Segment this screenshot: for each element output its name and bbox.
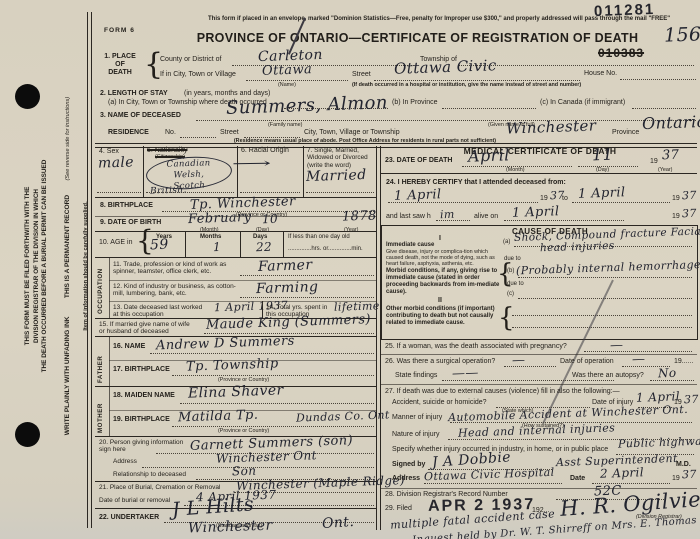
informant-relation-value: Son [232,464,257,479]
stay-b-line [442,107,536,109]
cell-divider [143,146,144,197]
house-no-label: House No. [584,70,617,78]
industry-value: Farming [256,279,319,297]
group-divider [109,336,110,386]
signed-date-value: 2 April [600,465,644,481]
death-date-year-prefix: 19 [650,158,658,166]
certify-label: 24. I HEREBY CERTIFY that I attended dec… [386,179,566,187]
racial-origin-label: 6. Racial Origin [241,147,289,155]
other-morbid-line1 [512,314,692,316]
death-date-day: 11 [592,145,614,165]
group-divider [109,257,110,318]
burial-date-label: Date of burial or removal [99,497,170,504]
father-birthplace-line [172,374,374,376]
document-title: PROVINCE OF ONTARIO—CERTIFICATE OF REGIS… [185,31,650,45]
undertaker-label: 22. UNDERTAKER [99,514,159,522]
death-date-month: April [468,145,510,165]
certify-yp2: 19 [672,195,680,203]
marital-value: Married [306,167,367,185]
arrow-mark: ⟶ [231,156,272,172]
residence-province-value: Ontario [642,112,700,133]
row-separator [380,384,697,385]
informant-address-line [142,466,374,468]
certify-to: 1 April [578,185,626,202]
stay-c-label: (c) In Canada (if immigrant) [540,99,625,107]
certify-yp1: 19 [540,195,548,203]
residence-no-label: No. [165,129,176,137]
margin-permanent-notice: THIS IS A PERMANENT RECORD [64,195,71,298]
undertaker-signature: J L Hilts [171,493,254,521]
operation-label: 26. Was there a surgical operation? [385,358,495,366]
residence-city-value: Winchester [506,116,597,137]
cancelled-number: 010383 [598,47,644,61]
birthdate-day: 10 [262,212,279,227]
blank-line [146,191,234,193]
death-certificate-scan: THIS FORM MUST BE FILED FORTHWITH WITH T… [0,0,700,539]
birthplace-label: 8. BIRTHPLACE [100,202,153,210]
death-date-year: 37 [662,148,680,164]
residence-city-label: City, Town, Village or Township [304,129,400,137]
certify-yp3: 19 [672,213,680,221]
informant-relation-label: Relationship to deceased [113,471,186,478]
findings-label: State findings [395,372,437,380]
group-divider [109,386,110,436]
certify-saw-line [436,219,470,221]
cause-due-to-2: due to [507,281,524,288]
age-months-value: 1 [213,240,222,254]
margin-reverse-note: (See reverse side for instructions) [65,97,71,181]
informant-address-value: Winchester Ont [216,448,317,466]
age-label: 10. AGE in [99,239,132,247]
mother-name-label: 18. MAIDEN NAME [113,392,175,400]
cause-roman-two: II [430,297,450,305]
margin-ink-notice-block: WRITE PLAINLY WITH UNFADING INK THIS IS … [56,85,84,447]
house-no-line [620,78,696,80]
row-separator [95,257,377,258]
certify-saw-label: and last saw h [386,213,431,221]
margin-divider-rule [87,12,92,528]
name-line [196,119,696,121]
occupation-group-label: OCCUPATION [97,258,108,314]
certify-alive-date: 1 April [512,204,560,221]
autopsy-value: No [658,366,677,381]
marital-label: 7. Single, Married, Widowed or Divorced … [307,147,368,169]
city-sub-label: (Name) [278,82,296,88]
family-name-sub: (Family name) [268,122,302,128]
blank-line [240,191,300,193]
operation-year-prefix: 19...... [674,358,693,366]
stay-label: 2. LENGTH OF STAY [100,90,168,98]
county-label: County or District of [160,56,221,64]
immediate-cause-label: Immediate cause [386,242,434,249]
spouse-label: 15. If married give name of wife or husb… [99,321,190,336]
cell-divider [185,231,186,257]
industry-label: 12. Kind of industry or business, as cot… [113,283,236,298]
nature-label: Nature of injury [392,431,439,439]
margin-ink-notice: WRITE PLAINLY WITH UNFADING INK [64,317,71,436]
father-name-label: 16. NAME [113,343,145,351]
other-morbid-line2 [512,326,692,328]
cell-divider [240,231,241,257]
street-note: (If death occurred in a hospital or inst… [352,82,696,88]
father-birthplace-value: Tp. Township [186,356,279,374]
mother-birthplace-sub: (Province or Country) [218,428,269,434]
age-hrs-label: ..............hrs. or..............min. [288,246,363,253]
mother-name-line [180,402,374,404]
father-birthplace-label: 17. BIRTHPLACE [113,366,170,374]
operation-value: — [512,353,526,368]
place-of-death-label: 1. PLACE OF DEATH [98,53,142,77]
cause-c-label: (c) [507,291,514,298]
certify-alive-label: alive on [474,213,498,221]
undertaker-address-value2: Ont. [321,514,354,532]
external-label: 27. If death was due to external causes … [385,388,620,396]
certify-to-label: to [562,195,568,203]
cell-divider [303,146,304,197]
morbid-label: Morbid conditions, if any, giving rise t… [386,268,500,296]
mail-notice: This form if placed in an envelope, mark… [208,16,696,23]
residence-label: RESIDENCE [108,129,149,137]
row-separator [380,488,697,489]
margin-filing-notice: THIS FORM MUST BE FILED FORTHWITH WITH T… [24,85,56,447]
physician-address-label: Address [392,475,420,483]
mother-birthplace-line [172,425,374,427]
father-group-label: FATHER [97,339,108,383]
age-less-label: If less than one day old [288,234,350,241]
residence-street-label: Street [220,129,239,137]
row-separator [109,280,377,281]
name-label: 3. NAME OF DECEASED [100,112,181,120]
signed-date-label: Date [570,475,585,483]
form-number: FORM 6 [104,27,135,35]
pregnancy-value: — [610,338,624,353]
registration-number-handwritten: 156 [664,23,700,46]
mother-group-label: MOTHER [97,389,108,433]
informant-address-label: Address [113,458,137,465]
external-kind-label: Accident, suicide or homicide? [392,399,487,407]
signed-year-prefix: 19 [672,475,680,483]
city-label: If in City, Town or Village [160,71,236,79]
trade-label: 11. Trade, profession or kind of work as… [113,261,226,276]
mother-birthplace-value: Matilda Tp. [178,408,259,426]
manner-label: Manner of injury [392,414,442,422]
street-label: Street [352,71,371,79]
trade-value: Farmer [258,257,313,275]
signed-year-value: 37 [682,468,697,482]
street-value: Ottawa Civic [394,56,497,78]
findings-value: —— [452,366,479,382]
row-separator [380,354,697,355]
last-worked-label: 13. Date deceased last worked at this oc… [113,304,202,319]
other-morbid-label: Other morbid conditions (if important) c… [386,306,500,327]
death-date-label: 23. DATE OF DEATH [385,157,452,165]
certify-y3: 37 [682,207,697,221]
residence-province-label: Province [612,129,639,137]
pregnancy-label: 25. If a woman, was the death associated… [385,343,567,351]
cause-a-label: (a) [503,239,510,246]
age-years-value: 59 [150,237,169,254]
certify-from: 1 April [394,187,442,204]
operation-date-value: — [632,352,646,367]
birthdate-month: February [188,210,252,227]
undertaker-address-value: Winchester [188,518,273,537]
stay-b-label: (b) In Province [392,99,438,107]
blank-line [97,191,141,193]
blank-line [306,191,374,193]
stay-c-line [632,107,696,109]
immediate-cause-note: Give disease, injury or complica-tion wh… [386,249,498,268]
mother-name-value: Elina Shaver [188,382,284,401]
birthdate-year: 1878 [342,208,377,224]
filed-label: 29. Filed [385,505,412,513]
nature-value: Head and internal injuries [458,421,616,439]
city-value: Ottawa [262,62,313,79]
row-separator [380,173,697,174]
medical-title: MEDICAL CERTIFICATE OF DEATH [430,147,650,157]
street-line [374,79,580,81]
cause-b-label: (b) [507,268,514,275]
spouse-value: Maude King (Summers) [206,312,371,333]
autopsy-label: Was there an autopsy? [572,372,644,380]
operation-date-label: Date of operation [560,358,614,366]
certify-y2: 37 [682,189,697,203]
where-value: Public highway [618,434,700,450]
city-line [246,79,348,81]
name-value: Summers, Almon [226,92,388,119]
age-days-value: 22 [256,240,273,255]
cell-divider [283,231,284,257]
sex-value: male [98,154,135,171]
signed-by-label: Signed by [392,461,425,469]
mother-birthplace-label: 19. BIRTHPLACE [113,416,170,424]
